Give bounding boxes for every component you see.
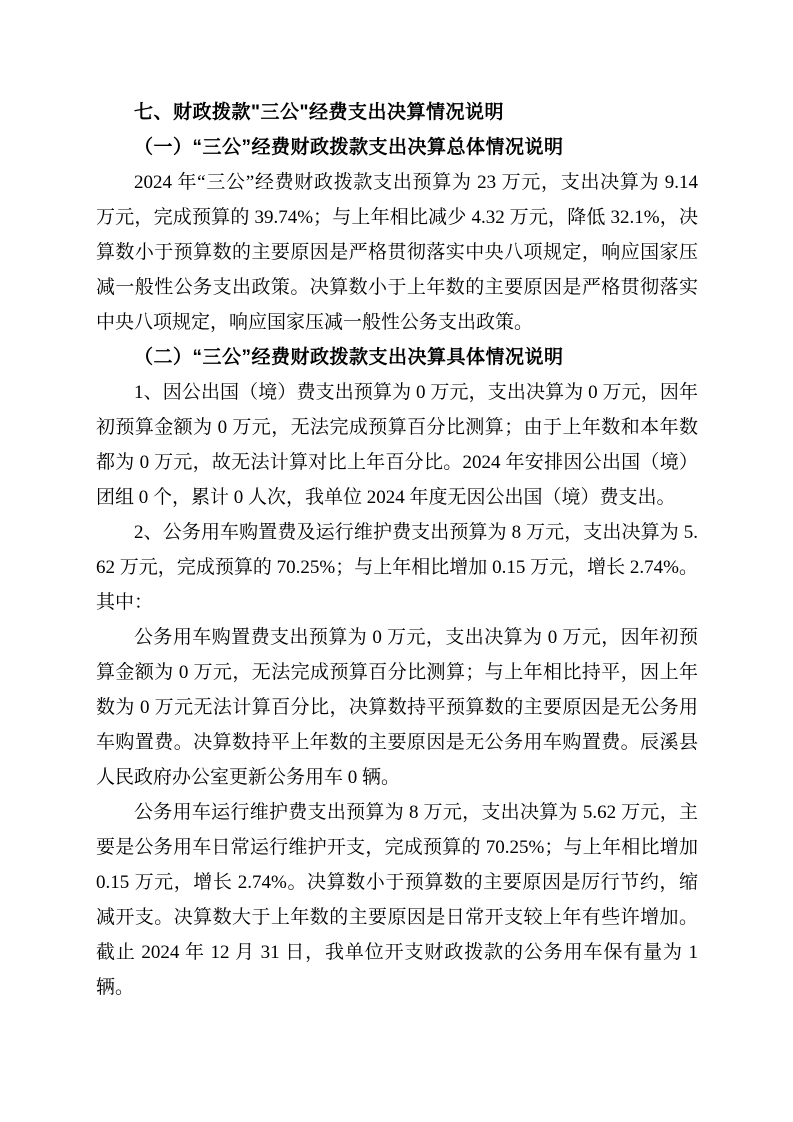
document-title: 七、财政拨款"三公"经费支出决算情况说明 [96, 95, 698, 130]
section-2-heading: （二）“三公”经费财政拨款支出决算具体情况说明 [96, 340, 698, 375]
section-1-heading: （一）“三公”经费财政拨款支出决算总体情况说明 [96, 130, 698, 165]
document-page: 七、财政拨款"三公"经费支出决算情况说明 （一）“三公”经费财政拨款支出决算总体… [0, 0, 793, 1122]
section-2-paragraph-vehicle-total: 2、公务用车购置费及运行维护费支出预算为 8 万元，支出决算为 5.62 万元，… [96, 515, 698, 620]
section-2-paragraph-vehicle-maintenance: 公务用车运行维护费支出预算为 8 万元，支出决算为 5.62 万元，主要是公务用… [96, 795, 698, 1005]
section-2-paragraph-vehicle-purchase: 公务用车购置费支出预算为 0 万元，支出决算为 0 万元，因年初预算金额为 0 … [96, 620, 698, 795]
section-2-paragraph-abroad-expense: 1、因公出国（境）费支出预算为 0 万元，支出决算为 0 万元，因年初预算金额为… [96, 375, 698, 515]
section-1-paragraph-overall: 2024 年“三公”经费财政拨款支出预算为 23 万元，支出决算为 9.14 万… [96, 165, 698, 340]
